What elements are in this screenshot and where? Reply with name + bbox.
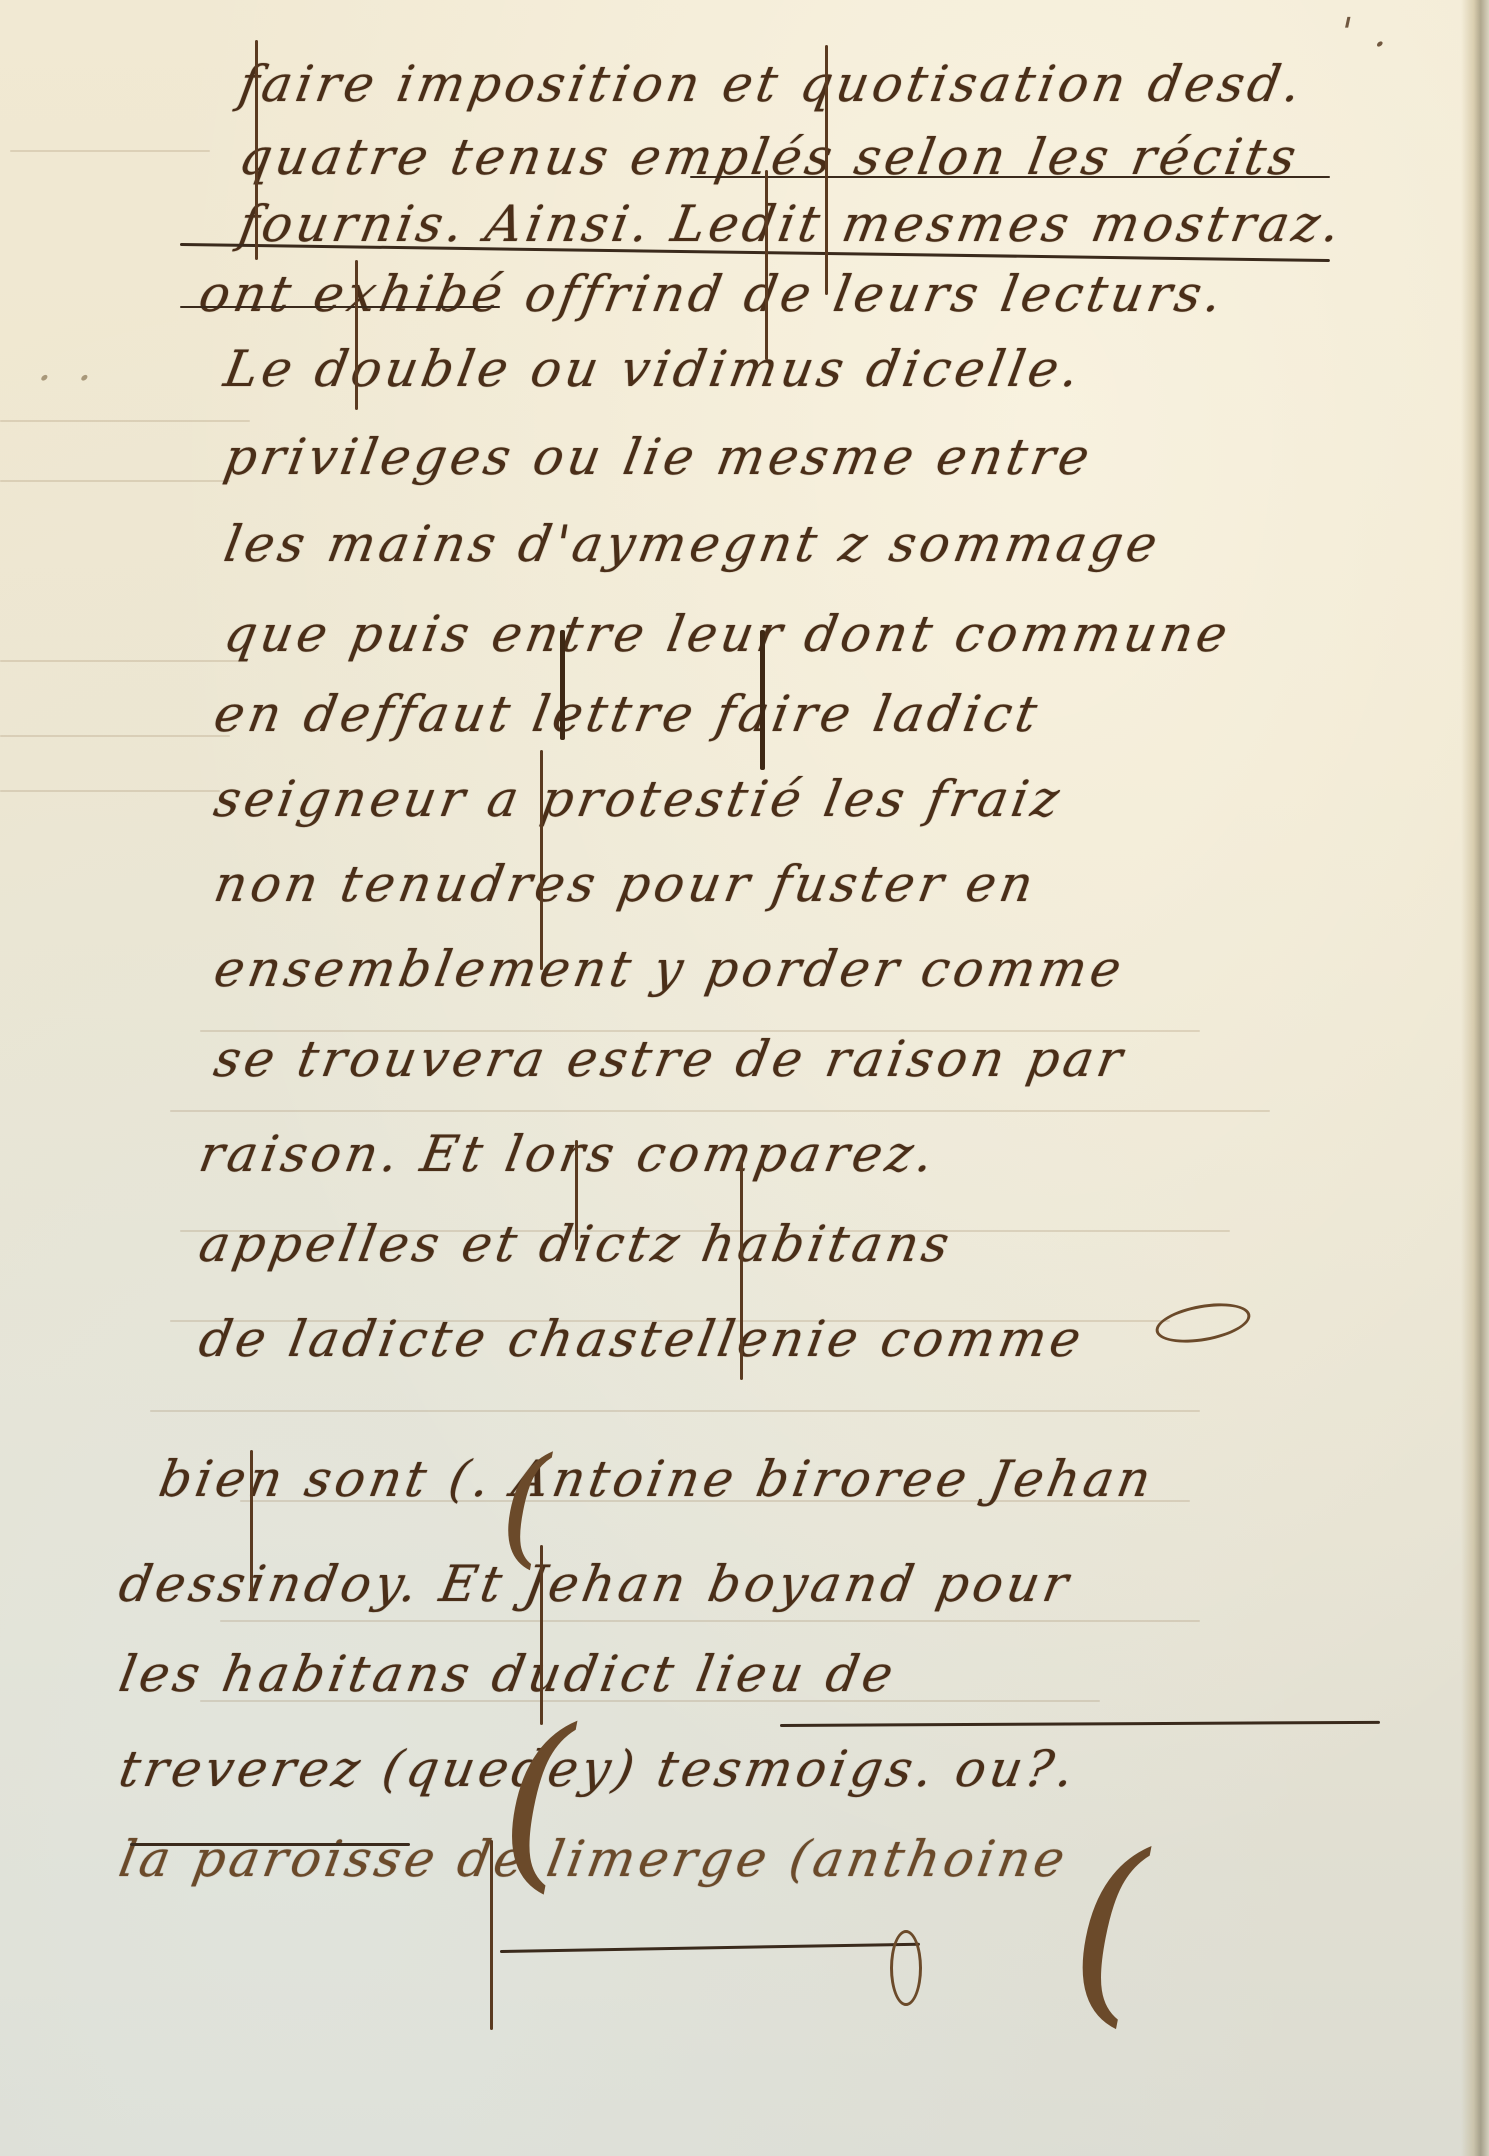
manuscript-line: seigneur a protestié les fraiz	[210, 770, 1068, 828]
manuscript-line: ensemblement y porder comme	[210, 940, 1130, 998]
pen-flourish	[740, 1160, 743, 1380]
ghost-stroke	[220, 1620, 1200, 1622]
manuscript-line: privileges ou lie mesme entre	[220, 428, 1098, 486]
torn-page-edge	[1461, 0, 1489, 2156]
pen-flourish	[355, 260, 358, 410]
underline-rule	[130, 1843, 410, 1846]
manuscript-line: en deffaut lettre faire ladict	[210, 685, 1045, 743]
ghost-stroke	[0, 790, 220, 792]
ghost-stroke	[10, 150, 210, 152]
manuscript-page: . . ' . faire imposition et quotisation …	[0, 0, 1489, 2156]
pen-flourish	[560, 630, 565, 740]
pen-flourish	[540, 750, 543, 970]
manuscript-line: faire imposition et quotisation desd.	[235, 55, 1309, 113]
manuscript-line: la paroisse de limerge (anthoine	[115, 1830, 1073, 1888]
manuscript-line: Le double ou vidimus dicelle.	[220, 340, 1087, 398]
manuscript-line: bien sont (. Antoine biroree Jehan	[155, 1450, 1159, 1508]
pen-loop	[1153, 1297, 1254, 1349]
ghost-stroke	[150, 1410, 1200, 1412]
underline-rule	[780, 1721, 1380, 1727]
manuscript-line: ont exhibé offrind de leurs lecturs.	[195, 265, 1230, 323]
manuscript-line: que puis entre leur dont commune	[220, 605, 1236, 663]
ghost-stroke	[0, 660, 240, 662]
margin-mark: . .	[35, 340, 106, 391]
manuscript-line: se trouvera estre de raison par	[210, 1030, 1131, 1088]
ghost-stroke	[0, 480, 230, 482]
bracket-flourish: (	[1070, 1830, 1148, 2030]
manuscript-line: raison. Et lors comparez.	[195, 1125, 942, 1183]
manuscript-line: fournis. Ainsi. Ledit mesmes mostraz.	[235, 195, 1349, 253]
ghost-stroke	[170, 1110, 1270, 1112]
pen-loop	[890, 1930, 922, 2006]
underline-rule	[500, 1943, 920, 1953]
pen-flourish	[765, 170, 768, 360]
manuscript-line: les mains d'aymegnt z sommage	[220, 515, 1166, 573]
pen-flourish	[760, 630, 765, 770]
underline-rule	[690, 176, 1330, 178]
underline-rule	[180, 306, 500, 308]
manuscript-line: de ladicte chastellenie comme	[195, 1310, 1089, 1368]
pen-flourish	[250, 1450, 253, 1600]
manuscript-line: dessindoy. Et Jehan boyand pour	[115, 1555, 1077, 1613]
manuscript-line: treverez (quedey) tesmoigs. ou?.	[115, 1740, 1082, 1798]
pen-flourish	[825, 45, 828, 295]
bracket-flourish: (	[500, 1440, 551, 1570]
margin-mark: ' .	[1335, 10, 1399, 56]
pen-flourish	[255, 40, 258, 260]
manuscript-line: non tenudres pour fuster en	[210, 855, 1042, 913]
bracket-flourish: (	[500, 1705, 574, 1895]
ghost-stroke	[0, 420, 250, 422]
pen-flourish	[490, 1840, 493, 2030]
ghost-stroke	[0, 735, 230, 737]
pen-flourish	[575, 1140, 578, 1250]
